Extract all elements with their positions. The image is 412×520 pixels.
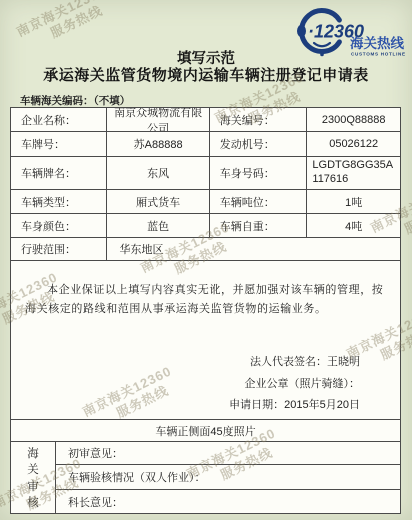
field-value: 1吨 [307, 190, 400, 213]
field-label: 发动机号： [210, 132, 308, 156]
field-label: 行驶范围： [11, 238, 107, 260]
company-seal-line: 企业公章（照片骑缝）： [25, 374, 360, 395]
field-value: 苏A88888 [107, 132, 209, 156]
field-value: 2300Q88888 [307, 108, 400, 131]
customs-review-section: 海 关 审 核 初审意见： 车辆验核情况（双人作业）： 科长意见： [11, 442, 400, 513]
table-row: 车辆牌名： 东风 车身号码： LGDTG8GG35A117616 [11, 157, 400, 190]
customs-review-vertical-label: 海 关 审 核 [11, 442, 56, 513]
field-label: 企业名称： [11, 108, 107, 131]
table-row-driving-range: 行驶范围： 华东地区 [11, 238, 400, 261]
table-row: 企业名称： 南京众城物流有限公司 海关编号： 2300Q88888 [11, 108, 400, 132]
field-label: 车辆自重： [210, 214, 308, 237]
section-chief-opinion-row: 科长意见： [56, 490, 400, 513]
field-value: 南京众城物流有限公司 [107, 108, 209, 131]
field-value: 华东地区 [107, 238, 400, 260]
customs-review-rows: 初审意见： 车辆验核情况（双人作业）： 科长意见： [56, 442, 400, 513]
declaration-cell: 本企业保证以上填写内容真实无讹，并愿加强对该车辆的管理，按海关核定的路线和范围从… [11, 261, 400, 420]
vehicle-customs-code-line: 车辆海关编码：（不填） [20, 93, 130, 108]
field-label: 车辆吨位： [210, 190, 308, 213]
application-form-table: 企业名称： 南京众城物流有限公司 海关编号： 2300Q88888 车牌号： 苏… [10, 107, 401, 514]
field-label: 车身颜色： [11, 214, 107, 237]
vehicle-photo-row: 车辆正侧面45度照片 [11, 420, 400, 442]
table-row: 车身颜色： 蓝色 车辆自重： 4吨 [11, 214, 400, 238]
signature-name: 王晓明 [327, 356, 360, 368]
initial-review-opinion-row: 初审意见： [56, 442, 400, 465]
table-row: 车牌号： 苏A88888 发动机号： 05026122 [11, 132, 400, 157]
field-label: 车辆牌名： [11, 157, 107, 189]
signature-block: 法人代表签名：王晓明 企业公章（照片骑缝）： 申请日期：2015年5月20日 [25, 352, 386, 416]
field-label: 车身号码： [210, 157, 308, 189]
application-date-line: 申请日期：2015年5月20日 [25, 395, 360, 416]
field-value: 4吨 [307, 214, 400, 237]
field-value: 东风 [107, 157, 209, 189]
field-value: 蓝色 [107, 214, 209, 237]
legal-representative-signature: 法人代表签名：王晓明 [25, 352, 360, 373]
declaration-text: 本企业保证以上填写内容真实无讹，并愿加强对该车辆的管理，按海关核定的路线和范围从… [25, 281, 386, 318]
application-date: 2015年5月20日 [284, 399, 360, 411]
field-label: 海关编号： [210, 108, 308, 131]
vehicle-verification-row: 车辆验核情况（双人作业）： [56, 465, 400, 490]
page-title-main: 承运海关监管货物境内运输车辆注册登记申请表 [0, 64, 412, 85]
field-value: LGDTG8GG35A117616 [307, 157, 400, 189]
table-row: 车辆类型： 厢式货车 车辆吨位： 1吨 [11, 190, 400, 214]
field-value: 厢式货车 [107, 190, 209, 213]
field-value: 05026122 [307, 132, 400, 156]
scanned-form-page: 南京海关12360服务热线 南京海关12360服务热线 南京海关12360服务热… [0, 0, 412, 520]
field-label: 车辆类型： [11, 190, 107, 213]
field-label: 车牌号： [11, 132, 107, 156]
